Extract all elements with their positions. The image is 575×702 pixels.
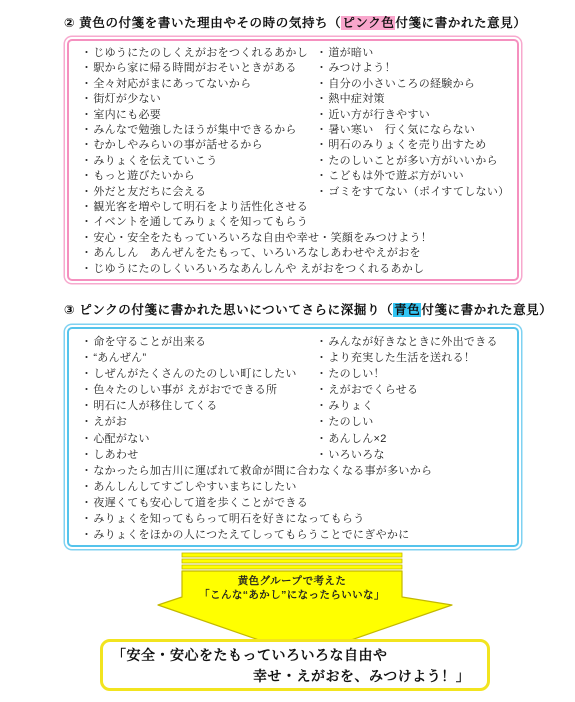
opinion-text: あんしん×2 bbox=[328, 433, 386, 445]
blue-left-column: ・命を守ることが出来る ・“あんぜん” ・しぜんがたくさんのたのしい町にしたい … bbox=[81, 334, 316, 463]
bullet-icon: ・ bbox=[316, 400, 327, 412]
opinion-text: 自分の小さいころの経験から bbox=[328, 78, 475, 90]
opinion-item: ・室内にも必要 bbox=[81, 108, 316, 123]
bullet-icon: ・ bbox=[81, 384, 92, 396]
page: ② 黄色の付箋を書いた理由やその時の気持ち（ピンク色付箋に書かれた意見） ・じゆ… bbox=[0, 0, 575, 702]
opinion-item: ・あんしん あんぜんをたもって、いろいろなしあわせやえがおを bbox=[81, 246, 511, 261]
opinion-item: ・みんなが好きなときに外出できる bbox=[316, 334, 511, 350]
opinion-item: ・たのしい！ bbox=[316, 366, 511, 382]
opinion-text: むかしやみらいの事が話せるから bbox=[93, 139, 263, 151]
opinion-text: みりょく bbox=[328, 400, 373, 412]
opinion-item: ・命を守ることが出来る bbox=[81, 334, 316, 350]
opinion-text: 色々たのしい事が えがおでできる所 bbox=[93, 384, 277, 396]
opinion-text: あんしん あんぜんをたもって、いろいろなしあわせやえがおを bbox=[93, 247, 420, 259]
section3-heading: ③ ピンクの付箋に書かれた思いについてさらに深掘り（青色付箋に書かれた意見） bbox=[64, 300, 552, 318]
opinion-text: もっと遊びたいから bbox=[93, 170, 195, 182]
arrow-caption-line1: 黄色グループで考えた bbox=[182, 574, 402, 588]
opinion-item: ・全々対応がまにあってないから bbox=[81, 77, 316, 92]
bullet-icon: ・ bbox=[81, 416, 92, 428]
bullet-icon: ・ bbox=[81, 216, 92, 228]
opinion-text: 夜遅くても安心して道を歩くことができる bbox=[93, 497, 308, 509]
opinion-item: ・観光客を増やして明石をより活性化させる bbox=[81, 200, 316, 215]
opinion-text: 道が暗い bbox=[328, 47, 373, 59]
bullet-icon: ・ bbox=[81, 263, 92, 275]
opinion-item: ・イベントを通してみりょくを知ってもらう bbox=[81, 215, 316, 230]
opinion-text: じゆうにたのしくえがおをつくれるあかし bbox=[93, 47, 308, 59]
opinion-text: えがおでくらせる bbox=[328, 384, 418, 396]
opinion-item: ・夜遅くても安心して道を歩くことができる bbox=[81, 495, 511, 511]
opinion-text: 観光客を増やして明石をより活性化させる bbox=[93, 201, 308, 213]
opinion-text: たのしい bbox=[328, 416, 373, 428]
bullet-icon: ・ bbox=[81, 465, 92, 477]
opinion-text: みりょくを知ってもらって明石を好きになってもらう bbox=[93, 513, 364, 525]
arrow-stripe bbox=[182, 565, 402, 569]
opinion-text: いろいろな bbox=[328, 449, 385, 461]
opinion-text: なかったら加古川に運ばれて救命が間に合わなくなる事が多いから bbox=[93, 465, 432, 477]
blue-box-content: ・命を守ることが出来る ・“あんぜん” ・しぜんがたくさんのたのしい町にしたい … bbox=[69, 329, 517, 546]
pink-left-column: ・じゆうにたのしくえがおをつくれるあかし ・駅から家に帰る時間がおそいときがある… bbox=[81, 46, 316, 231]
opinion-item: ・たのしい bbox=[316, 414, 511, 430]
opinion-text: 心配がない bbox=[93, 433, 150, 445]
opinion-item: ・駅から家に帰る時間がおそいときがある bbox=[81, 61, 316, 76]
opinion-item: ・明石に人が移住してくる bbox=[81, 398, 316, 414]
opinion-text: たのしいことが多い方がいいから bbox=[328, 155, 498, 167]
opinion-item: ・みりょくを知ってもらって明石を好きになってもらう bbox=[81, 511, 511, 527]
pink-box-content: ・じゆうにたのしくえがおをつくれるあかし ・駅から家に帰る時間がおそいときがある… bbox=[69, 41, 517, 280]
opinion-text: “あんぜん” bbox=[93, 352, 146, 364]
bullet-icon: ・ bbox=[81, 109, 92, 121]
bullet-icon: ・ bbox=[316, 155, 327, 167]
opinion-item: ・みんなで勉強したほうが集中できるから bbox=[81, 123, 316, 138]
opinion-item: ・自分の小さいころの経験から bbox=[316, 77, 511, 92]
bullet-icon: ・ bbox=[316, 139, 327, 151]
section2-heading-prefix: ② 黄色の付箋を書いた理由やその時の気持ち（ bbox=[64, 16, 341, 30]
bullet-icon: ・ bbox=[81, 247, 92, 259]
bullet-icon: ・ bbox=[81, 62, 92, 74]
opinion-item: ・いろいろな bbox=[316, 447, 511, 463]
bullet-icon: ・ bbox=[316, 78, 327, 90]
bullet-icon: ・ bbox=[81, 513, 92, 525]
conclusion-line1: 「安全・安心をたもっていろいろな自由や bbox=[103, 642, 487, 666]
arrow-stripe bbox=[182, 553, 402, 557]
opinion-text: しあわせ bbox=[93, 449, 138, 461]
bullet-icon: ・ bbox=[81, 232, 92, 244]
opinion-text: 明石に人が移住してくる bbox=[93, 400, 217, 412]
opinion-item: ・みつけよう！ bbox=[316, 61, 511, 76]
bullet-icon: ・ bbox=[81, 124, 92, 136]
bullet-icon: ・ bbox=[316, 352, 327, 364]
opinion-item: ・じゆうにたのしくえがおをつくれるあかし bbox=[81, 46, 316, 61]
bullet-icon: ・ bbox=[316, 47, 327, 59]
conclusion-box: 「安全・安心をたもっていろいろな自由や 幸せ・えがおを、みつけよう！」 bbox=[100, 639, 490, 691]
opinion-item: ・むかしやみらいの事が話せるから bbox=[81, 138, 316, 153]
opinion-item: ・ゴミをすてない（ポイすてしない） bbox=[316, 185, 511, 200]
opinion-text: ゴミをすてない（ポイすてしない） bbox=[328, 186, 509, 198]
pink-opinion-box: ・じゆうにたのしくえがおをつくれるあかし ・駅から家に帰る時間がおそいときがある… bbox=[67, 39, 519, 281]
opinion-item: ・安心・安全をたもっていろいろな自由や幸せ・笑顔をみつけよう！ bbox=[81, 231, 511, 246]
opinion-item: ・外だと友だちに会える bbox=[81, 185, 316, 200]
bullet-icon: ・ bbox=[316, 449, 327, 461]
opinion-text: 明石のみりょくを売り出すため bbox=[328, 139, 486, 151]
bullet-icon: ・ bbox=[81, 352, 92, 364]
pink-fullwidth-items: ・安心・安全をたもっていろいろな自由や幸せ・笑顔をみつけよう！ ・あんしん あん… bbox=[81, 231, 511, 277]
opinion-text: 室内にも必要 bbox=[93, 109, 161, 121]
conclusion-line2: 幸せ・えがおを、みつけよう！」 bbox=[103, 666, 487, 687]
opinion-item: ・みりょくをほかの人につたえてしってもらうことでにぎやかに bbox=[81, 527, 511, 543]
blue-box-columns: ・命を守ることが出来る ・“あんぜん” ・しぜんがたくさんのたのしい町にしたい … bbox=[81, 334, 511, 463]
opinion-text: 熱中症対策 bbox=[328, 93, 385, 105]
opinion-item: ・こどもは外で遊ぶ方がいい bbox=[316, 169, 511, 184]
opinion-item: ・街灯が少ない bbox=[81, 92, 316, 107]
opinion-item: ・えがおでくらせる bbox=[316, 382, 511, 398]
bullet-icon: ・ bbox=[316, 93, 327, 105]
opinion-text: 安心・安全をたもっていろいろな自由や幸せ・笑顔をみつけよう！ bbox=[93, 232, 432, 244]
opinion-item: ・しあわせ bbox=[81, 447, 316, 463]
bullet-icon: ・ bbox=[316, 433, 327, 445]
bullet-icon: ・ bbox=[81, 529, 92, 541]
bullet-icon: ・ bbox=[316, 170, 327, 182]
arrow-caption: 黄色グループで考えた 「こんな“あかし”になったらいいな」 bbox=[182, 574, 402, 602]
opinion-item: ・暑い寒い 行く気にならない bbox=[316, 123, 511, 138]
opinion-item: ・あんしんしてすごしやすいまちにしたい bbox=[81, 479, 511, 495]
opinion-text: 近い方が行きやすい bbox=[328, 109, 430, 121]
section2-heading-suffix: 付箋に書かれた意見） bbox=[395, 16, 526, 30]
opinion-item: ・明石のみりょくを売り出すため bbox=[316, 138, 511, 153]
bullet-icon: ・ bbox=[81, 155, 92, 167]
section3-heading-prefix: ③ ピンクの付箋に書かれた思いについてさらに深掘り（ bbox=[64, 303, 393, 317]
opinion-item: ・たのしいことが多い方がいいから bbox=[316, 154, 511, 169]
opinion-text: みりょくをほかの人につたえてしってもらうことでにぎやかに bbox=[93, 529, 409, 541]
bullet-icon: ・ bbox=[81, 47, 92, 59]
bullet-icon: ・ bbox=[81, 78, 92, 90]
bullet-icon: ・ bbox=[316, 186, 327, 198]
bullet-icon: ・ bbox=[81, 186, 92, 198]
bullet-icon: ・ bbox=[81, 497, 92, 509]
opinion-text: みりょくを伝えていこう bbox=[93, 155, 217, 167]
bullet-icon: ・ bbox=[81, 400, 92, 412]
opinion-item: ・じゆうにたのしくいろいろなあんしんや えがおをつくれるあかし bbox=[81, 262, 511, 277]
opinion-text: じゆうにたのしくいろいろなあんしんや えがおをつくれるあかし bbox=[93, 263, 424, 275]
opinion-text: 街灯が少ない bbox=[93, 93, 161, 105]
bullet-icon: ・ bbox=[316, 416, 327, 428]
bullet-icon: ・ bbox=[81, 449, 92, 461]
blue-right-column: ・みんなが好きなときに外出できる ・より充実した生活を送れる！ ・たのしい！ ・… bbox=[316, 334, 511, 463]
blue-opinion-box: ・命を守ることが出来る ・“あんぜん” ・しぜんがたくさんのたのしい町にしたい … bbox=[67, 327, 519, 547]
bullet-icon: ・ bbox=[316, 109, 327, 121]
opinion-item: ・みりょく bbox=[316, 398, 511, 414]
opinion-item: ・より充実した生活を送れる！ bbox=[316, 350, 511, 366]
opinion-item: ・みりょくを伝えていこう bbox=[81, 154, 316, 169]
opinion-item: ・なかったら加古川に運ばれて救命が間に合わなくなる事が多いから bbox=[81, 463, 511, 479]
opinion-item: ・“あんぜん” bbox=[81, 350, 316, 366]
opinion-text: こどもは外で遊ぶ方がいい bbox=[328, 170, 464, 182]
opinion-item: ・あんしん×2 bbox=[316, 431, 511, 447]
opinion-item: ・近い方が行きやすい bbox=[316, 108, 511, 123]
blue-fullwidth-items: ・なかったら加古川に運ばれて救命が間に合わなくなる事が多いから ・あんしんしてす… bbox=[81, 463, 511, 543]
bullet-icon: ・ bbox=[316, 336, 327, 348]
opinion-text: より充実した生活を送れる！ bbox=[328, 352, 475, 364]
opinion-text: あんしんしてすごしやすいまちにしたい bbox=[93, 481, 296, 493]
opinion-item: ・もっと遊びたいから bbox=[81, 169, 316, 184]
opinion-text: みつけよう！ bbox=[328, 62, 396, 74]
section3-heading-suffix: 付箋に書かれた意見） bbox=[421, 303, 552, 317]
pink-box-columns: ・じゆうにたのしくえがおをつくれるあかし ・駅から家に帰る時間がおそいときがある… bbox=[81, 46, 511, 231]
opinion-text: イベントを通してみりょくを知ってもらう bbox=[93, 216, 308, 228]
opinion-text: みんなで勉強したほうが集中できるから bbox=[93, 124, 296, 136]
opinion-text: たのしい！ bbox=[328, 368, 385, 380]
opinion-text: えがお bbox=[93, 416, 127, 428]
bullet-icon: ・ bbox=[81, 93, 92, 105]
opinion-text: 命を守ることが出来る bbox=[93, 336, 206, 348]
bullet-icon: ・ bbox=[81, 336, 92, 348]
blue-highlight-label: 青色 bbox=[393, 303, 421, 317]
opinion-text: しぜんがたくさんのたのしい町にしたい bbox=[93, 368, 296, 380]
opinion-item: ・えがお bbox=[81, 414, 316, 430]
section2-heading: ② 黄色の付箋を書いた理由やその時の気持ち（ピンク色付箋に書かれた意見） bbox=[64, 13, 526, 31]
pink-right-column: ・道が暗い ・みつけよう！ ・自分の小さいころの経験から ・熱中症対策 ・近い方… bbox=[316, 46, 511, 231]
bullet-icon: ・ bbox=[81, 368, 92, 380]
bullet-icon: ・ bbox=[81, 201, 92, 213]
bullet-icon: ・ bbox=[316, 62, 327, 74]
opinion-item: ・心配がない bbox=[81, 431, 316, 447]
arrow-caption-line2: 「こんな“あかし”になったらいいな」 bbox=[182, 588, 402, 602]
opinion-text: 外だと友だちに会える bbox=[93, 186, 206, 198]
opinion-text: 暑い寒い 行く気にならない bbox=[328, 124, 475, 136]
opinion-text: 駅から家に帰る時間がおそいときがある bbox=[93, 62, 296, 74]
opinion-item: ・熱中症対策 bbox=[316, 92, 511, 107]
bullet-icon: ・ bbox=[81, 170, 92, 182]
opinion-item: ・道が暗い bbox=[316, 46, 511, 61]
pink-highlight-label: ピンク色 bbox=[341, 16, 395, 30]
opinion-item: ・色々たのしい事が えがおでできる所 bbox=[81, 382, 316, 398]
bullet-icon: ・ bbox=[81, 481, 92, 493]
bullet-icon: ・ bbox=[81, 433, 92, 445]
bullet-icon: ・ bbox=[81, 139, 92, 151]
bullet-icon: ・ bbox=[316, 384, 327, 396]
opinion-item: ・しぜんがたくさんのたのしい町にしたい bbox=[81, 366, 316, 382]
arrow-stripe bbox=[182, 559, 402, 563]
opinion-text: 全々対応がまにあってないから bbox=[93, 78, 251, 90]
bullet-icon: ・ bbox=[316, 124, 327, 136]
opinion-text: みんなが好きなときに外出できる bbox=[328, 336, 498, 348]
bullet-icon: ・ bbox=[316, 368, 327, 380]
